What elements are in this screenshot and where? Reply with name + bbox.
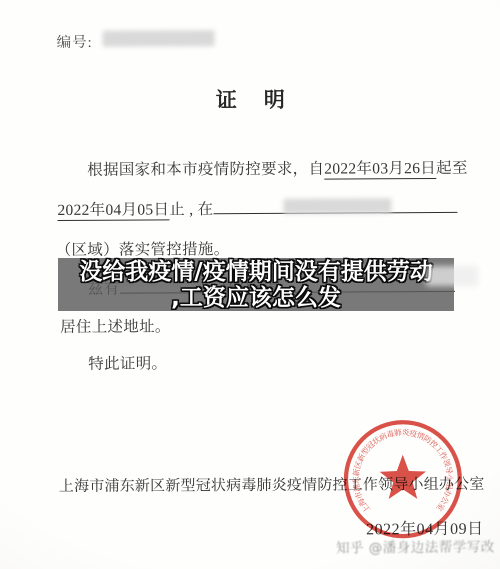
start-date-underlined: 2022年03月26日	[324, 160, 436, 180]
serial-redaction	[103, 30, 215, 47]
body-line-2-mid: 止 , 在	[169, 201, 213, 218]
certificate-title: 证 明	[57, 83, 447, 115]
address-redaction	[283, 198, 391, 214]
body-line-3: （区域）落实管控措施。	[56, 237, 230, 260]
caption-line-1: 没给我疫情/疫情期间没有提供劳动	[79, 259, 432, 285]
body-line-1-post: 起至	[436, 160, 468, 177]
caption-right-redaction	[426, 266, 478, 286]
body-line-6: 特此证明。	[88, 351, 167, 373]
body-line-2: 2022年04月05日止 , 在	[57, 196, 457, 220]
caption-line-2: ,工资应该怎么发	[171, 285, 341, 311]
body-line-1-pre: 根据国家和本市疫情防控要求，自	[87, 161, 324, 179]
certificate-photo: 编号: 证 明 根据国家和本市疫情防控要求，自2022年03月26日起至 202…	[0, 0, 500, 569]
body-line-1: 根据国家和本市疫情防控要求，自2022年03月26日起至	[57, 156, 468, 180]
official-seal: 上海市浦东新区新型冠状病毒肺炎疫情防控工作领导小组办公室	[341, 417, 466, 542]
serial-label: 编号:	[57, 31, 93, 52]
zhihu-watermark: 知乎 @潘身边法帮学写改	[336, 535, 495, 556]
end-date-underlined: 2022年04月05日	[57, 201, 169, 221]
body-line-5: 居住上述地址。	[60, 314, 171, 337]
caption-overlay: 没给我疫情/疫情期间没有提供劳动 ,工资应该怎么发	[58, 258, 454, 311]
address-blank-underline	[213, 198, 457, 214]
seal-star-icon	[380, 455, 427, 499]
